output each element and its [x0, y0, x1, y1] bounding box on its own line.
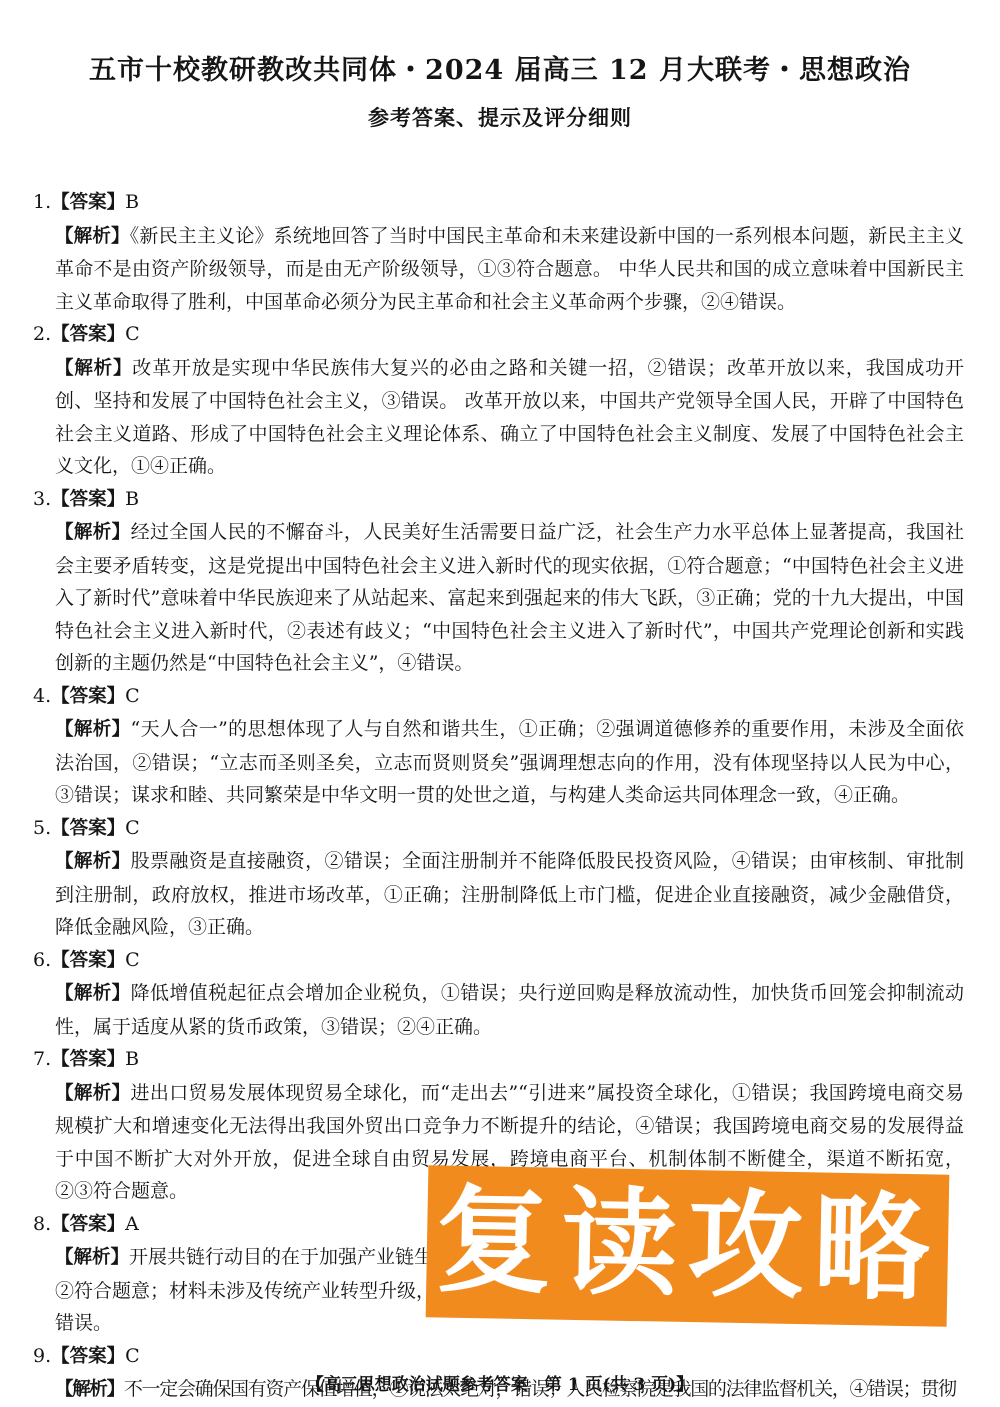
answer-value: C: [125, 817, 140, 839]
analysis-text-fragment: 错误。: [55, 1312, 112, 1334]
answer-line: 3.【答案】B: [33, 483, 964, 517]
question-number: 3.: [33, 488, 51, 510]
answer-value: B: [125, 488, 139, 510]
analysis-text: 降低增值税起征点会增加企业税负，①错误；央行逆回购是释放流动性，加快货币回笼会抑…: [55, 982, 964, 1038]
question-1: 1.【答案】B 【解析】《新民主主义论》系统地回答了当时中国民主革命和未来建设新…: [33, 186, 964, 318]
question-number: 8.: [33, 1213, 51, 1235]
question-number: 4.: [33, 685, 51, 707]
page-title: 五市十校教研教改共同体・2024 届高三 12 月大联考・思想政治: [0, 48, 1000, 87]
question-number: 6.: [33, 949, 51, 971]
analysis-text-fragment: ②符合题意；材料未涉及传统产业转型升级，: [55, 1280, 435, 1302]
analysis-label: 【解析】: [55, 983, 131, 1004]
answer-value: A: [125, 1213, 139, 1235]
analysis-label: 【解析】: [55, 522, 131, 543]
question-3: 3.【答案】B 【解析】经过全国人民的不懈奋斗，人民美好生活需要日益广泛，社会生…: [33, 483, 964, 680]
answer-label: 【答案】: [51, 818, 125, 839]
question-number: 1.: [33, 191, 51, 213]
answer-label: 【答案】: [51, 1214, 125, 1235]
question-6: 6.【答案】C 【解析】降低增值税起征点会增加企业税负，①错误；央行逆回购是释放…: [33, 944, 964, 1044]
answer-value: B: [125, 1048, 139, 1070]
answer-value: C: [125, 949, 140, 971]
answer-label: 【答案】: [51, 1049, 125, 1070]
answer-label: 【答案】: [51, 324, 125, 345]
question-5: 5.【答案】C 【解析】股票融资是直接融资，②错误；全面注册制并不能降低股民投资…: [33, 812, 964, 944]
analysis-label: 【解析】: [55, 358, 132, 379]
question-number: 2.: [33, 323, 51, 345]
answer-sheet-page: 五市十校教研教改共同体・2024 届高三 12 月大联考・思想政治 参考答案、提…: [0, 0, 1000, 1407]
answer-value: B: [125, 191, 139, 213]
page-subtitle: 参考答案、提示及评分细则: [0, 102, 1000, 132]
question-2: 2.【答案】C 【解析】改革开放是实现中华民族伟大复兴的必由之路和关键一招，②错…: [33, 318, 964, 483]
answer-label: 【答案】: [51, 192, 125, 213]
answer-line: 2.【答案】C: [33, 318, 964, 352]
analysis-paragraph: 【解析】改革开放是实现中华民族伟大复兴的必由之路和关键一招，②错误；改革开放以来…: [55, 352, 964, 483]
answer-line: 1.【答案】B: [33, 186, 964, 220]
answer-line: 4.【答案】C: [33, 680, 964, 714]
analysis-label: 【解析】: [55, 1083, 130, 1104]
answer-line: 7.【答案】B: [33, 1043, 964, 1077]
answer-line: 5.【答案】C: [33, 812, 964, 846]
page-header: 五市十校教研教改共同体・2024 届高三 12 月大联考・思想政治 参考答案、提…: [0, 0, 1000, 132]
analysis-text: 经过全国人民的不懈奋斗，人民美好生活需要日益广泛，社会生产力水平总体上显著提高，…: [55, 521, 964, 674]
question-number: 9.: [33, 1345, 51, 1367]
answer-label: 【答案】: [51, 686, 125, 707]
analysis-paragraph: 【解析】降低增值税起征点会增加企业税负，①错误；央行逆回购是释放流动性，加快货币…: [55, 977, 964, 1043]
analysis-label: 【解析】: [55, 226, 130, 247]
analysis-text: 《新民主主义论》系统地回答了当时中国民主革命和未来建设新中国的一系列根本问题，新…: [55, 225, 964, 313]
question-number: 5.: [33, 817, 51, 839]
analysis-paragraph: 【解析】股票融资是直接融资，②错误；全面注册制并不能降低股民投资风险，④错误；由…: [55, 845, 964, 944]
analysis-text: “天人合一”的思想体现了人与自然和谐共生，①正确；②强调道德修养的重要作用，未涉…: [55, 718, 964, 806]
page-footer-bar: 【高三思想政治试题参考答案 第 1 页(共 3 页)】: [0, 1370, 1000, 1395]
analysis-paragraph: 【解析】经过全国人民的不懈奋斗，人民美好生活需要日益广泛，社会生产力水平总体上显…: [55, 516, 964, 680]
analysis-label: 【解析】: [55, 851, 131, 872]
answer-label: 【答案】: [51, 489, 125, 510]
answer-line: 6.【答案】C: [33, 944, 964, 978]
question-number: 7.: [33, 1048, 51, 1070]
analysis-paragraph: 【解析】《新民主主义论》系统地回答了当时中国民主革命和未来建设新中国的一系列根本…: [55, 220, 964, 319]
watermark-text: 复读攻略: [434, 1183, 940, 1308]
question-4: 4.【答案】C 【解析】“天人合一”的思想体现了人与自然和谐共生，①正确；②强调…: [33, 680, 964, 812]
analysis-paragraph: 【解析】“天人合一”的思想体现了人与自然和谐共生，①正确；②强调道德修养的重要作…: [55, 713, 964, 812]
answer-value: C: [125, 1345, 140, 1367]
answer-value: C: [125, 685, 140, 707]
analysis-label: 【解析】: [55, 719, 131, 740]
page-footer-text: 【高三思想政治试题参考答案 第 1 页(共 3 页)】: [307, 1375, 693, 1395]
answer-label: 【答案】: [51, 1346, 125, 1367]
analysis-text: 股票融资是直接融资，②错误；全面注册制并不能降低股民投资风险，④错误；由审核制、…: [55, 850, 964, 938]
analysis-text-fragment: 开展共链行动目的在于加强产业链生态: [129, 1246, 452, 1268]
watermark-banner: 复读攻略: [426, 1165, 950, 1327]
answer-label: 【答案】: [51, 950, 125, 971]
answer-value: C: [125, 323, 140, 345]
answer-line: 9.【答案】C: [33, 1340, 964, 1374]
analysis-label: 【解析】: [55, 1247, 129, 1268]
analysis-text: 改革开放是实现中华民族伟大复兴的必由之路和关键一招，②错误；改革开放以来，我国成…: [55, 357, 964, 478]
